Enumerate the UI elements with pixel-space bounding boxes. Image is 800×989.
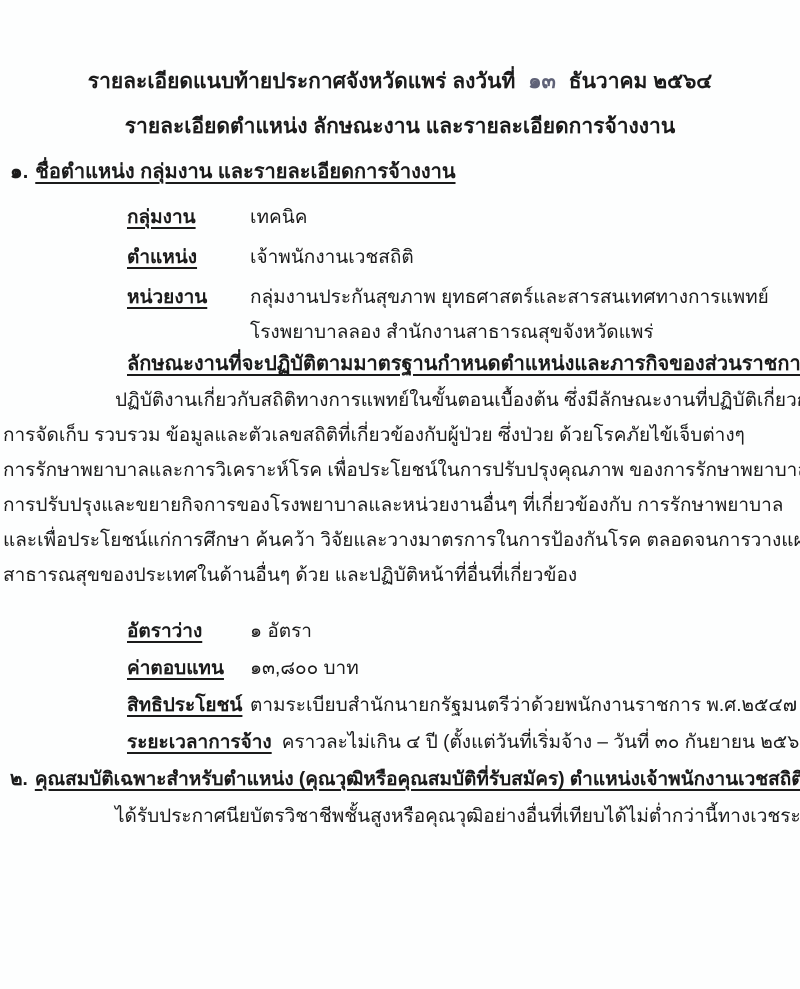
benefits-label: สิทธิประโยชน์	[127, 688, 250, 723]
salary-label: ค่าตอบแทน	[127, 651, 250, 686]
vacancy-value: ๑ อัตรา	[250, 614, 312, 649]
section2-number: ๒.	[10, 769, 28, 790]
title-line1-suffix: ธันวาคม ๒๕๖๔	[569, 70, 712, 93]
paragraph-line: สาธารณสุขของประเทศในด้านอื่นๆ ด้วย และปฏ…	[3, 558, 577, 593]
title-line1-date: ๑๓	[528, 70, 556, 93]
duration-value: คราวละไม่เกิน ๔ ปี (ตั้งแต่วันที่เริ่มจ้…	[282, 725, 800, 760]
field-row-benefits: สิทธิประโยชน์ ตามระเบียบสำนักนายกรัฐมนตร…	[127, 688, 797, 723]
paragraph-line: การรักษาพยาบาลและการวิเคราะห์โรค เพื่อปร…	[3, 453, 800, 488]
unit-value-line1: กลุ่มงานประกันสุขภาพ ยุทธศาสตร์และสารสนเ…	[250, 280, 769, 315]
group-label: กลุ่มงาน	[127, 200, 250, 235]
section1-number: ๑.	[10, 161, 28, 183]
paragraph-line: การปรับปรุงและขยายกิจการของโรงพยาบาลและห…	[3, 488, 783, 523]
section2-body: ได้รับประกาศนียบัตรวิชาชีพชั้นสูงหรือคุณ…	[115, 799, 800, 834]
field-row-salary: ค่าตอบแทน ๑๓,๘๐๐ บาท	[127, 651, 359, 686]
field-row-group: กลุ่มงาน เทคนิค	[127, 200, 307, 235]
field-row-duration: ระยะเวลาการจ้าง คราวละไม่เกิน ๔ ปี (ตั้ง…	[127, 725, 800, 760]
section1-heading: ๑.ชื่อตำแหน่ง กลุ่มงาน และรายละเอียดการจ…	[10, 155, 456, 190]
paragraph-line: การจัดเก็บ รวบรวม ข้อมูลและตัวเลขสถิติที…	[3, 418, 745, 453]
unit-value: กลุ่มงานประกันสุขภาพ ยุทธศาสตร์และสารสนเ…	[250, 280, 769, 350]
section1-title: ชื่อตำแหน่ง กลุ่มงาน และรายละเอียดการจ้า…	[35, 161, 455, 183]
field-row-vacancy: อัตราว่าง ๑ อัตรา	[127, 614, 312, 649]
document-page: รายละเอียดแนบท้ายประกาศจังหวัดแพร่ ลงวัน…	[0, 0, 800, 989]
paragraph-line: และเพื่อประโยชน์แก่การศึกษา ค้นคว้า วิจั…	[3, 523, 800, 558]
document-title-line2: รายละเอียดตำแหน่ง ลักษณะงาน และรายละเอีย…	[0, 109, 800, 144]
field-row-unit: หน่วยงาน กลุ่มงานประกันสุขภาพ ยุทธศาสตร์…	[127, 280, 769, 350]
title-line1-prefix: รายละเอียดแนบท้ายประกาศจังหวัดแพร่ ลงวัน…	[88, 70, 516, 93]
unit-value-line2: โรงพยาบาลลอง สำนักงานสาธารณสุขจังหวัดแพร…	[250, 315, 769, 350]
duration-label: ระยะเวลาการจ้าง	[127, 725, 272, 760]
section2-heading: ๒.คุณสมบัติเฉพาะสำหรับตำแหน่ง (คุณวุฒิหร…	[10, 762, 800, 797]
section2-title: คุณสมบัติเฉพาะสำหรับตำแหน่ง (คุณวุฒิหรือ…	[35, 769, 800, 790]
paragraph-line: ปฏิบัติงานเกี่ยวกับสถิติทางการแพทย์ในขั้…	[3, 383, 800, 418]
benefits-value: ตามระเบียบสำนักนายกรัฐมนตรีว่าด้วยพนักงา…	[250, 688, 797, 723]
job-nature-heading: ลักษณะงานที่จะปฏิบัติตามมาตรฐานกำหนดตำแห…	[127, 347, 800, 382]
group-value: เทคนิค	[250, 200, 307, 235]
vacancy-label: อัตราว่าง	[127, 614, 250, 649]
position-label: ตำแหน่ง	[127, 240, 250, 275]
salary-value: ๑๓,๘๐๐ บาท	[250, 651, 359, 686]
field-row-position: ตำแหน่ง เจ้าพนักงานเวชสถิติ	[127, 240, 414, 275]
position-value: เจ้าพนักงานเวชสถิติ	[250, 240, 414, 275]
document-title-line1: รายละเอียดแนบท้ายประกาศจังหวัดแพร่ ลงวัน…	[0, 64, 800, 99]
unit-label: หน่วยงาน	[127, 280, 250, 315]
